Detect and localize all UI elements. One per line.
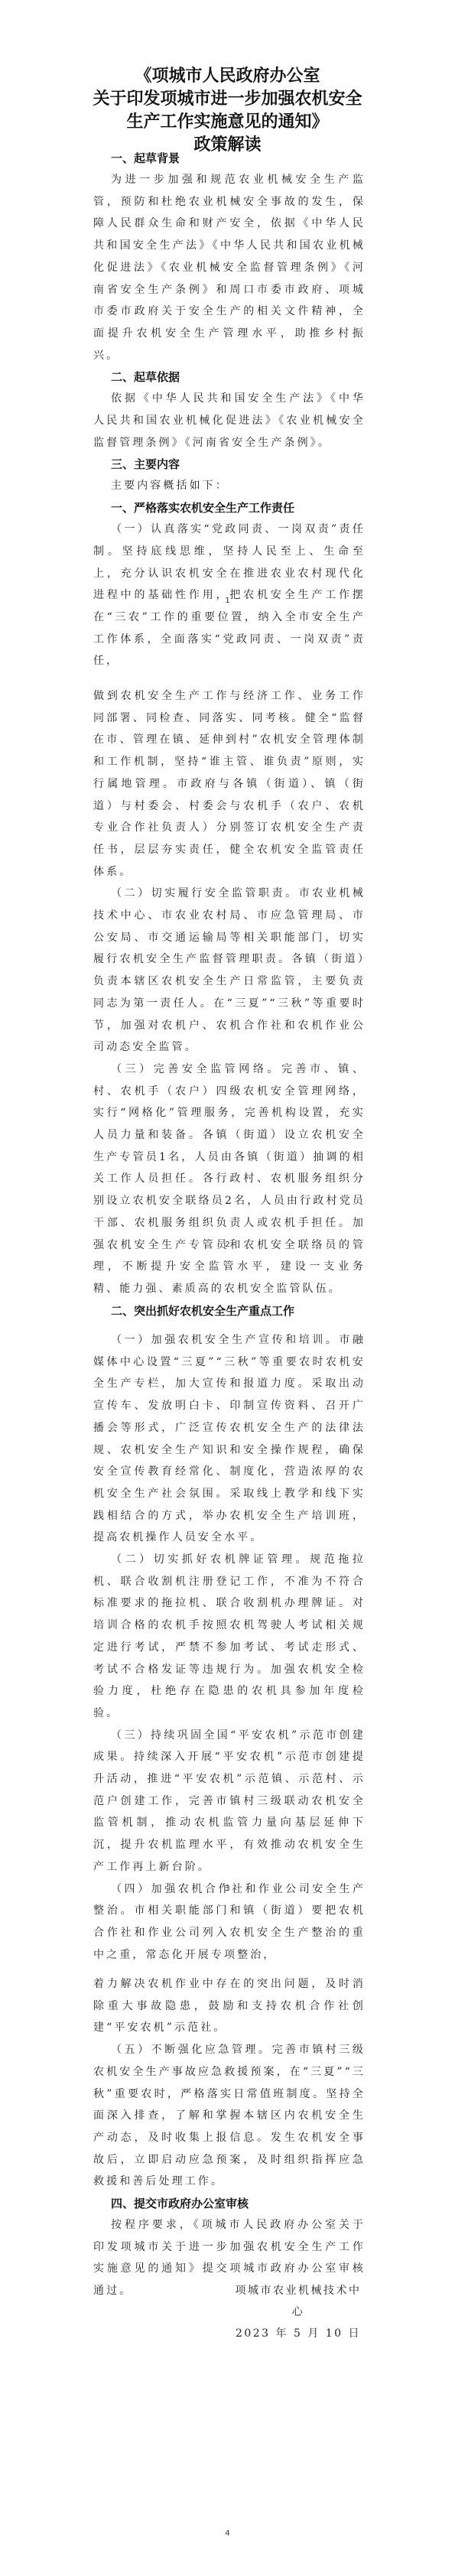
paragraph-item-1-2: （二）切实履行安全监管职责。市农业机械技术中心、市农业农村局、市应急管理局、市公… xyxy=(93,883,366,1059)
document-page-3: （一）加强农机安全生产宣传和培训。市融媒体中心设置“三夏”“三秋”等重要农时农机… xyxy=(0,1288,455,1932)
title-line-2: 关于印发项城市进一步加强农机安全 xyxy=(0,87,455,110)
signature-date: 2023 年 5 月 10 日 xyxy=(229,2323,367,2344)
paragraph-item-2-2: （二）切实抓好农机牌证管理。规范拖拉机、联合收割机注册登记工作，不准为不符合标准… xyxy=(93,1549,366,1725)
paragraph-item-1-3: （三）完善安全监管网络。完善市、镇、村、农机手（农户）四级农机安全管理网络，实行… xyxy=(93,1059,366,1300)
section-heading-review: 四、提交市政府办公室审核 xyxy=(111,2193,366,2214)
paragraph-continued: 做到农机安全生产工作与经济工作、业务工作同部署、同检查、同落实、同考核。健全“监… xyxy=(93,685,366,883)
section-heading-background: 一、起草背景 xyxy=(111,148,366,169)
paragraph-background: 为进一步加强和规范农业机械安全生产监管，预防和杜绝农业机械安全事故的发生，保障人… xyxy=(93,169,366,366)
paragraph-item-2-1: （一）加强农机安全生产宣传和培训。市融媒体中心设置“三夏”“三秋”等重要农时农机… xyxy=(93,1329,366,1549)
title-line-3: 生产工作实施意见的通知》 xyxy=(0,110,455,133)
title-line-1: 《项城市人民政府办公室 xyxy=(0,64,455,87)
document-page-4: 着力解决农机作业中存在的突出问题，及时消除重大事故隐患，鼓励和支持农机合作社创建… xyxy=(0,1932,455,2576)
section-heading-main-content: 三、主要内容 xyxy=(111,454,366,475)
paragraph-item-2-3: （三）持续巩固全国“平安农机”示范市创建成果。持续深入开展“平安农机”示范市创建… xyxy=(93,1725,366,1878)
signature-block: 项城市农业机械技术中心 2023 年 5 月 10 日 xyxy=(229,2280,367,2344)
document-page-2: 做到农机安全生产工作与经济工作、业务工作同部署、同检查、同落实、同考核。健全“监… xyxy=(0,644,455,1288)
page-number: 1 xyxy=(0,597,455,605)
page-number: 2 xyxy=(0,1241,455,1249)
paragraph-basis: 依据《中华人民共和国安全生产法》《中华人民共和国农业机械化促进法》《农业机械安全… xyxy=(93,388,366,454)
signature-organization: 项城市农业机械技术中心 xyxy=(229,2280,367,2323)
document-page-1: 《项城市人民政府办公室 关于印发项城市进一步加强农机安全 生产工作实施意见的通知… xyxy=(0,0,455,644)
paragraph-item-2-5: （五）不断强化应急管理。完善市镇村三级农机安全生产事故应急救援预案，在“三夏”“… xyxy=(93,2039,366,2193)
document-title: 《项城市人民政府办公室 关于印发项城市进一步加强农机安全 生产工作实施意见的通知… xyxy=(0,64,455,156)
paragraph-continued: 着力解决农机作业中存在的突出问题，及时消除重大事故隐患，鼓励和支持农机合作社创建… xyxy=(93,1973,366,2039)
page-number: 4 xyxy=(0,2529,455,2538)
subheading-responsibility: 一、严格落实农机安全生产工作责任 xyxy=(111,497,366,519)
page-number: 3 xyxy=(0,1885,455,1893)
paragraph-summary-intro: 主要内容概括如下： xyxy=(93,475,366,497)
section-heading-basis: 二、起草依据 xyxy=(111,366,366,388)
